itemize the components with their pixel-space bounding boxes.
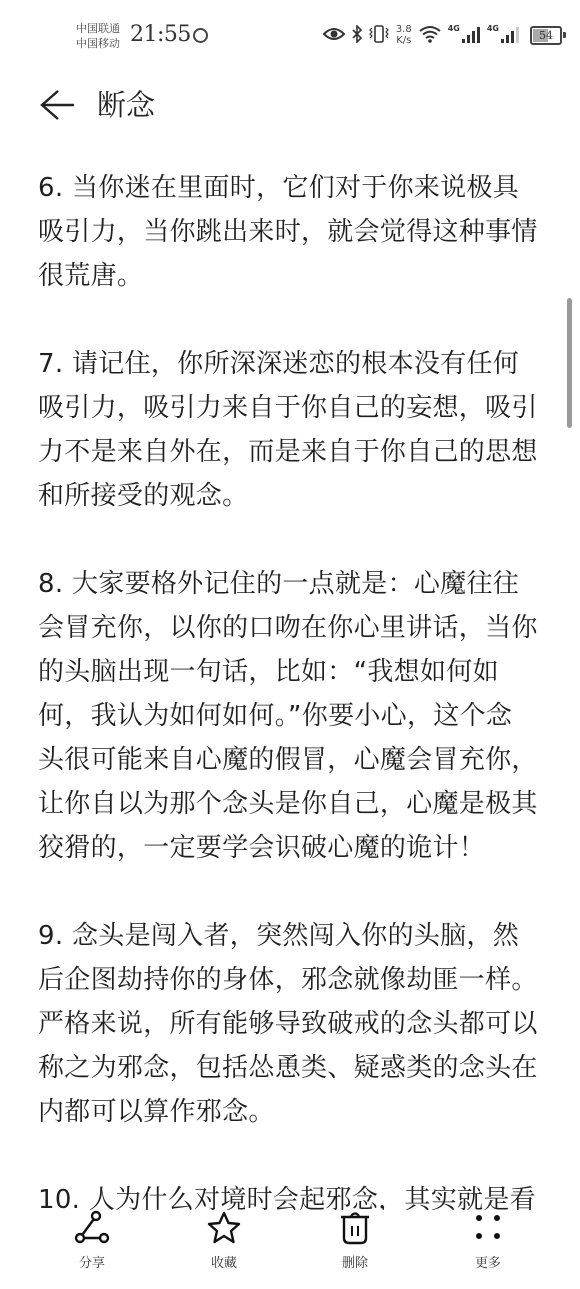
more-button[interactable]: 更多 [443,1210,533,1271]
app-header: 断念 [0,70,580,140]
battery-level: 54 [532,28,560,43]
favorite-button[interactable]: 收藏 [179,1210,269,1271]
carrier-info: 中国联通 中国移动 [76,21,120,51]
status-icons: 3.8 K/s 4G 4G 54 [323,22,562,48]
arrow-left-icon [38,88,76,122]
carrier-1: 中国联通 [76,21,120,36]
wifi-icon [419,25,441,46]
more-grid-icon [468,1210,508,1246]
delete-button[interactable]: 删除 [310,1210,400,1271]
note-content[interactable]: 6. 当你迷在里面时，它们对于你来说极具吸引力，当你跳出来时，就会觉得这种事情很… [38,166,538,1266]
scrollbar[interactable] [567,298,572,428]
network-speed: 3.8 K/s [396,24,412,46]
status-bar: 中国联通 中国移动 21:55 3.8 K/s 4G 4G 54 [0,0,580,70]
bluetooth-icon [352,25,362,46]
signal-2-type: 4G [487,24,499,33]
favorite-label: 收藏 [179,1252,269,1271]
carrier-2: 中国移动 [76,36,120,51]
share-icon [72,1210,112,1246]
trash-icon [335,1210,375,1246]
clock: 21:55 [130,22,191,47]
paragraph-7: 7. 请记住，你所深深迷恋的根本没有任何吸引力，吸引力来自于你自己的妄想，吸引力… [38,342,538,518]
eye-icon [323,27,345,44]
delete-label: 删除 [310,1252,400,1271]
share-button[interactable]: 分享 [47,1210,137,1271]
share-label: 分享 [47,1252,137,1271]
vibrate-icon [369,25,389,46]
sync-icon [193,28,208,43]
signal-icon-2 [501,27,519,43]
back-button[interactable] [38,88,78,122]
paragraph-6: 6. 当你迷在里面时，它们对于你来说极具吸引力，当你跳出来时，就会觉得这种事情很… [38,166,538,298]
paragraph-8: 8. 大家要格外记住的一点就是：心魔往往会冒充你，以你的口吻在你心里讲话，当你的… [38,562,538,870]
page-title: 断念 [97,83,155,124]
signal-icon-1 [462,27,480,43]
paragraph-9: 9. 念头是闯入者，突然闯入你的头脑，然后企图劫持你的身体，邪念就像劫匪一样。严… [38,914,538,1134]
battery-icon: 54 [530,26,562,45]
star-icon [204,1210,244,1246]
signal-1-type: 4G [448,24,460,33]
bottom-action-bar: 分享 收藏 删除 更多 [0,1210,580,1289]
more-label: 更多 [443,1252,533,1271]
